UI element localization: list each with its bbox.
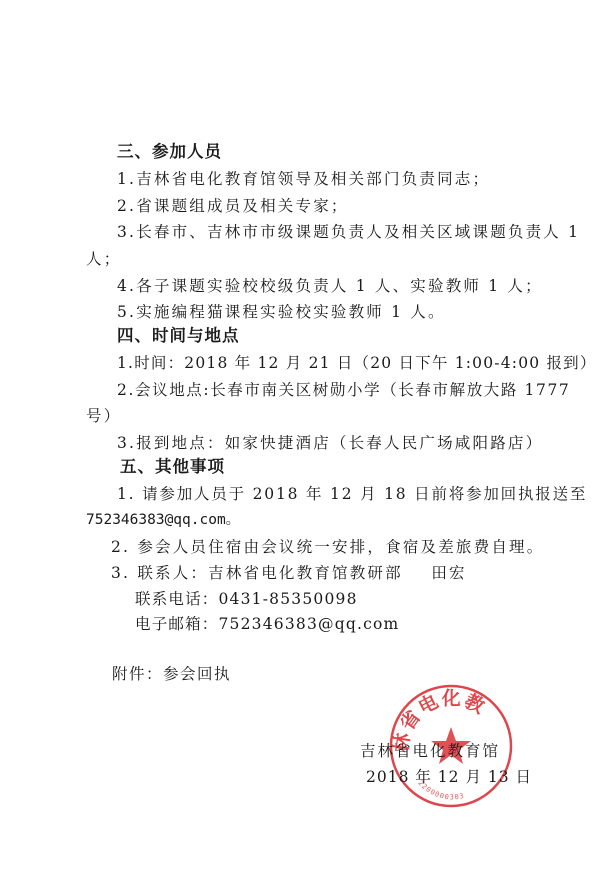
issuing-organization: 吉林省电化教育馆: [360, 739, 500, 761]
list-item: 1. 请参加人员于 2018 年 12 月 18 日前将参加回执报送至: [117, 484, 587, 504]
list-item: 2.会议地点:长春市南关区树勋小学（长春市解放大路 1777: [117, 380, 570, 400]
list-item: 3.报到地点：如家快捷酒店（长春人民广场咸阳路店）: [117, 433, 543, 453]
section-heading-participants: 三、参加人员: [117, 142, 222, 162]
list-item: 2. 参会人员住宿由会议统一安排，食宿及差旅费自理。: [111, 537, 544, 557]
list-item: 4.各子课题实验校校级负责人 1 人、实验教师 1 人；: [117, 276, 543, 296]
list-item: 5.实施编程猫课程实验校实验教师 1 人。: [117, 302, 446, 322]
contact-email: 电子邮箱：752346383@qq.com: [135, 614, 399, 634]
contact-phone: 联系电话：0431-85350098: [135, 589, 358, 609]
list-item-continuation: 人；: [86, 249, 121, 269]
list-item: 1.时间：2018 年 12 月 21 日（20 日下午 1:00-4:00 报…: [117, 353, 597, 373]
issue-date: 2018 年 12 月 13 日: [366, 765, 532, 787]
list-item: 2.省课题组成员及相关专家；: [117, 196, 349, 216]
list-item: 3.长春市、吉林市市级课题负责人及相关区域课题负责人 1: [117, 222, 580, 242]
section-heading-time-place: 四、时间与地点: [117, 326, 240, 346]
attachment-note: 附件：参会回执: [112, 664, 231, 684]
section-heading-other: 五、其他事项: [120, 457, 225, 477]
list-item-continuation: 号）: [86, 406, 121, 426]
email-line: 752346383@qq.com。: [86, 510, 240, 530]
contact-person: 3. 联系人：吉林省电化教育馆教研部 田宏: [111, 563, 467, 583]
list-item: 1.吉林省电化教育馆领导及相关部门负责同志；: [117, 169, 490, 189]
